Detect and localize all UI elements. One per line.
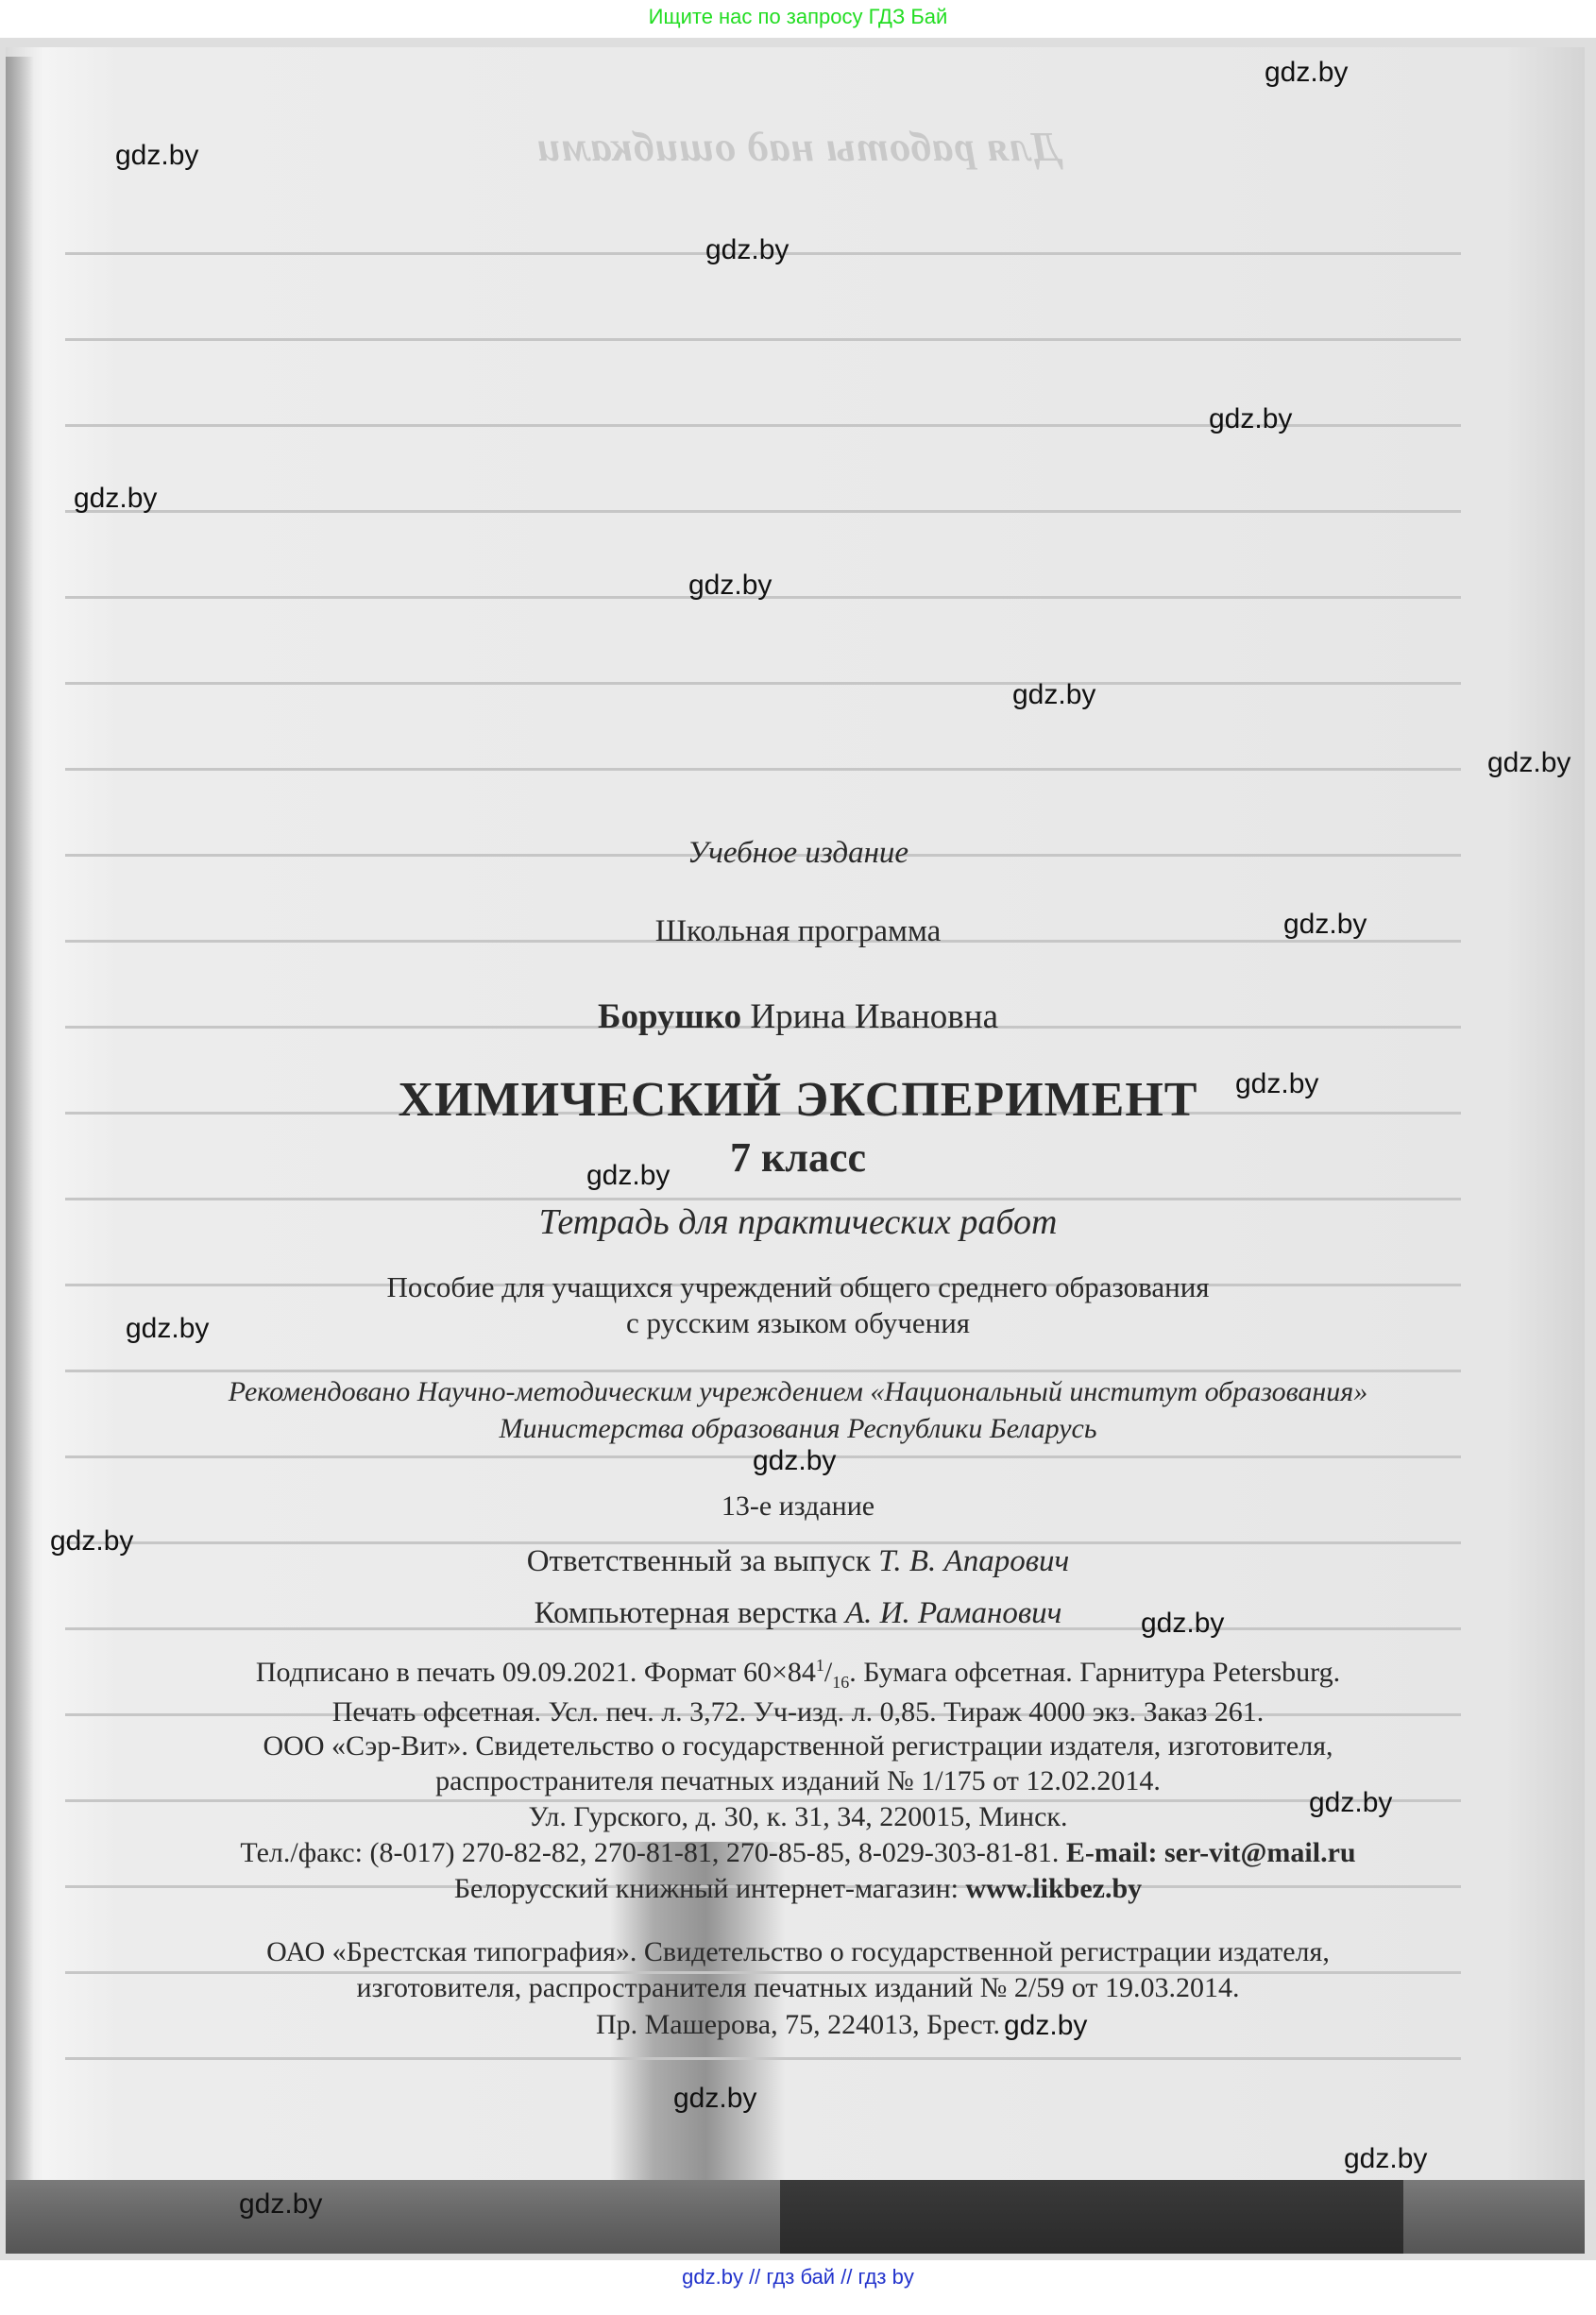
watermark: gdz.by: [1209, 403, 1292, 435]
watermark: gdz.by: [673, 2083, 756, 2115]
format-sub: 16: [832, 1673, 849, 1692]
watermark: gdz.by: [74, 483, 157, 515]
publisher-contacts: Тел./факс: (8-017) 270-82-82, 270-81-81,…: [0, 1837, 1596, 1869]
print-details-line-2: Печать офсетная. Усл. печ. л. 3,72. Уч-и…: [0, 1696, 1596, 1728]
printer-address: Пр. Машерова, 75, 224013, Брест.: [0, 2009, 1596, 2041]
watermark: gdz.by: [1012, 679, 1095, 711]
print-details-line-1: Подписано в печать 09.09.2021. Формат 60…: [0, 1656, 1596, 1693]
subtitle: Тетрадь для практических работ: [0, 1201, 1596, 1243]
layout-name: А. И. Раманович: [845, 1596, 1061, 1630]
watermark: gdz.by: [126, 1313, 209, 1345]
watermark: gdz.by: [586, 1160, 670, 1192]
edition-type: Учебное издание: [0, 836, 1596, 871]
shop-label: Белорусский книжный интернет-магазин:: [454, 1873, 959, 1904]
mirrored-show-through-heading: Для работы над ошибками: [0, 123, 1596, 171]
ruled-line: [65, 510, 1461, 513]
watermark: gdz.by: [1487, 747, 1571, 779]
email[interactable]: E-mail: ser-vit@mail.ru: [1066, 1837, 1356, 1868]
watermark: gdz.by: [115, 140, 198, 172]
publisher-line-1: ООО «Сэр-Вит». Свидетельство о государст…: [0, 1730, 1596, 1762]
paper-typeface: . Бумага офсетная. Гарнитура Petersburg.: [849, 1657, 1340, 1688]
watermark: gdz.by: [1235, 1068, 1318, 1100]
print-date-format: Подписано в печать 09.09.2021. Формат 60…: [256, 1657, 816, 1688]
watermark: gdz.by: [1265, 57, 1348, 89]
watermark: gdz.by: [688, 570, 772, 602]
ruled-line: [65, 682, 1461, 685]
watermark: gdz.by: [50, 1525, 133, 1558]
grade: 7 класс: [0, 1133, 1596, 1182]
layout-credit: Компьютерная верстка А. И. Раманович: [0, 1596, 1596, 1631]
ruled-line: [65, 1370, 1461, 1372]
watermark: gdz.by: [753, 1445, 836, 1477]
book-title: ХИМИЧЕСКИЙ ЭКСПЕРИМЕНТ: [0, 1072, 1596, 1128]
watermark: gdz.by: [1004, 2010, 1087, 2042]
ruled-line: [65, 768, 1461, 771]
watermark: gdz.by: [1283, 909, 1367, 941]
ruled-line: [65, 1198, 1461, 1200]
top-banner[interactable]: Ищите нас по запросу ГДЗ Бай: [0, 0, 1596, 38]
author: Борушко Ирина Ивановна: [0, 996, 1596, 1037]
author-given-name: Ирина Ивановна: [750, 997, 998, 1036]
bottom-links[interactable]: gdz.by // гдз бай // гдз by: [0, 2265, 1596, 2289]
responsible-label: Ответственный за выпуск: [527, 1544, 871, 1578]
printer-line-2: изготовителя, распространителя печатных …: [0, 1972, 1596, 2004]
phones: Тел./факс: (8-017) 270-82-82, 270-81-81,…: [240, 1837, 1059, 1868]
watermark: gdz.by: [239, 2188, 322, 2221]
watermark: gdz.by: [705, 234, 789, 266]
online-shop: Белорусский книжный интернет-магазин: ww…: [0, 1873, 1596, 1905]
watermark: gdz.by: [1141, 1608, 1224, 1640]
author-surname: Борушко: [598, 997, 741, 1036]
shop-url[interactable]: www.likbez.by: [965, 1873, 1142, 1904]
responsible-name: Т. В. Апарович: [878, 1544, 1069, 1578]
audience-line-2: с русским языком обучения: [0, 1306, 1596, 1340]
ruled-line: [65, 2057, 1461, 2060]
watermark: gdz.by: [1309, 1787, 1392, 1819]
recommendation-line-1: Рекомендовано Научно-методическим учрежд…: [0, 1376, 1596, 1408]
edition-number: 13-е издание: [0, 1490, 1596, 1523]
printer-line-1: ОАО «Брестская типография». Свидетельств…: [0, 1936, 1596, 1968]
format-sup: 1: [816, 1656, 824, 1675]
watermark: gdz.by: [1344, 2143, 1427, 2175]
recommendation-line-2: Министерства образования Республики Бела…: [0, 1413, 1596, 1445]
layout-label: Компьютерная верстка: [535, 1596, 838, 1630]
responsible-editor: Ответственный за выпуск Т. В. Апарович: [0, 1544, 1596, 1579]
audience-line-1: Пособие для учащихся учреждений общего с…: [0, 1270, 1596, 1304]
ruled-line: [65, 338, 1461, 341]
